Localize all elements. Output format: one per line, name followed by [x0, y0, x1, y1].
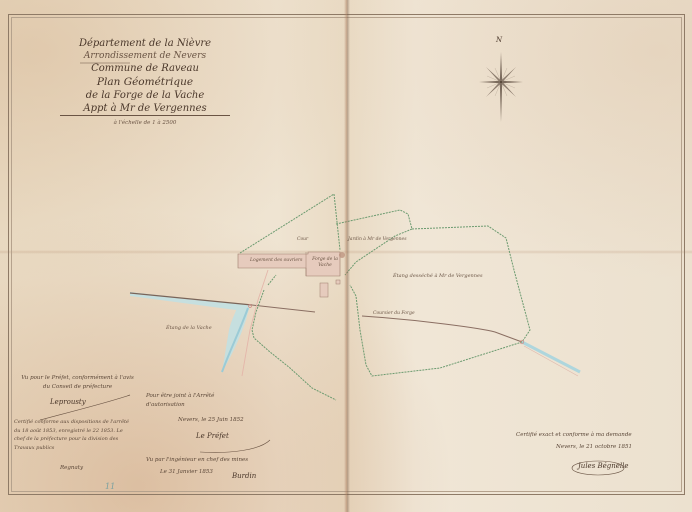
title-plan: Plan Géométrique [60, 76, 230, 88]
note-right-1: Certifié exact et conforme à ma demande [516, 431, 632, 440]
note-center-2: Nevers, le 25 Juin 1852 [178, 416, 244, 425]
note-center-sign: Le Préfet [196, 432, 229, 441]
title-commune: Commune de Raveau [60, 63, 230, 74]
title-arrondissement: Arrondissement de Nevers [60, 51, 230, 61]
title-cartouche: Département de la Nièvre Arrondissement … [60, 38, 230, 126]
coursier-line [362, 316, 522, 342]
margin-mark: 11 [105, 482, 115, 491]
label-etang-desseche: Étang desséché à Mr de Vergennes [393, 273, 483, 279]
title-owner: Appt à Mr de Vergennes [60, 103, 230, 116]
note-left-sign2: Regnaty [60, 464, 83, 473]
note-right-sign: Jules Bégnelle [578, 462, 629, 471]
vertical-fold [344, 0, 350, 512]
title-forge: de la Forge de la Vache [60, 90, 230, 101]
title-department: Département de la Nièvre [60, 38, 230, 49]
label-etang-vache: Étang de la Vache [166, 325, 212, 331]
note-center-sign2: Burdin [232, 472, 256, 481]
north-letter: N [496, 36, 502, 44]
label-logement: Logement des ouvriers [250, 258, 302, 263]
road-pink [242, 270, 268, 376]
pond-vache-water [130, 292, 250, 372]
label-jardin: Jardin à Mr de Vergennes [348, 237, 407, 242]
label-forge: Forge de la Vache [312, 257, 338, 269]
compass-rose [479, 52, 523, 122]
note-right-2: Nevers, le 21 octobre 1851 [556, 443, 632, 452]
scale-text: à l'échelle de 1 à 2500 [60, 120, 230, 126]
parcel-cour [240, 194, 340, 253]
outflow-water [522, 342, 580, 372]
flourish-center [200, 440, 270, 453]
building-small-2 [336, 280, 340, 284]
note-left-body: Certifié conforme aux dispositions de l'… [14, 418, 134, 452]
canal-line [252, 305, 315, 312]
label-coursier: Coursier du Forge [373, 311, 415, 316]
label-cour: Cour [297, 237, 308, 242]
compass-north-label: N [496, 36, 502, 44]
note-center-1: Pour être joint à l'Arrêté d'autorisatio… [146, 392, 246, 410]
note-center-4: Le 31 Janvier 1853 [160, 468, 213, 477]
outflow-water-edge [524, 346, 578, 376]
note-center-3: Vu par l'ingénieur en chef des mines [146, 456, 248, 465]
note-left-signature: Leprousty [50, 398, 86, 407]
building-small-1 [320, 283, 328, 297]
parcel-upper-strip [268, 275, 276, 285]
note-left-header: Vu pour le Préfet, conformément à l'avis… [20, 374, 135, 392]
